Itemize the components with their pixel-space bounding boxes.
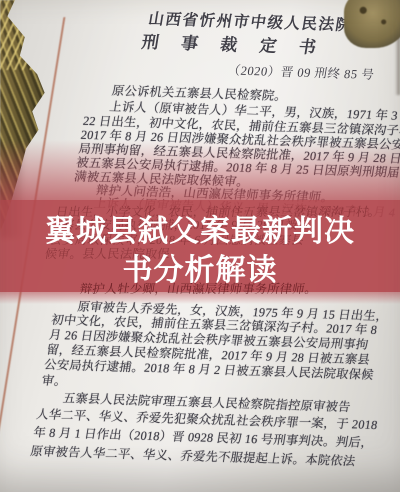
- banner-top-fade: [0, 140, 400, 200]
- photo-of-court-document: 山西省忻州市中级人民法院 刑 事 裁 定 书 （2020）晋 09 刑终 85 …: [0, 0, 400, 492]
- caption-banner: 日出生，小学文化，农民，捕前住五寨县三岔镇深沟子村。 寨县公安局执行逮捕，201…: [0, 200, 400, 292]
- banner-title-line1: 翼城县弑父案最新判决: [0, 206, 400, 250]
- case-number: （2020）晋 09 刑终 85 号: [227, 60, 376, 83]
- document-title: 刑 事 裁 定 书: [124, 27, 343, 59]
- banner-title-line2: 书分析解读: [0, 245, 400, 289]
- straw-clump-top-right: [344, 0, 400, 48]
